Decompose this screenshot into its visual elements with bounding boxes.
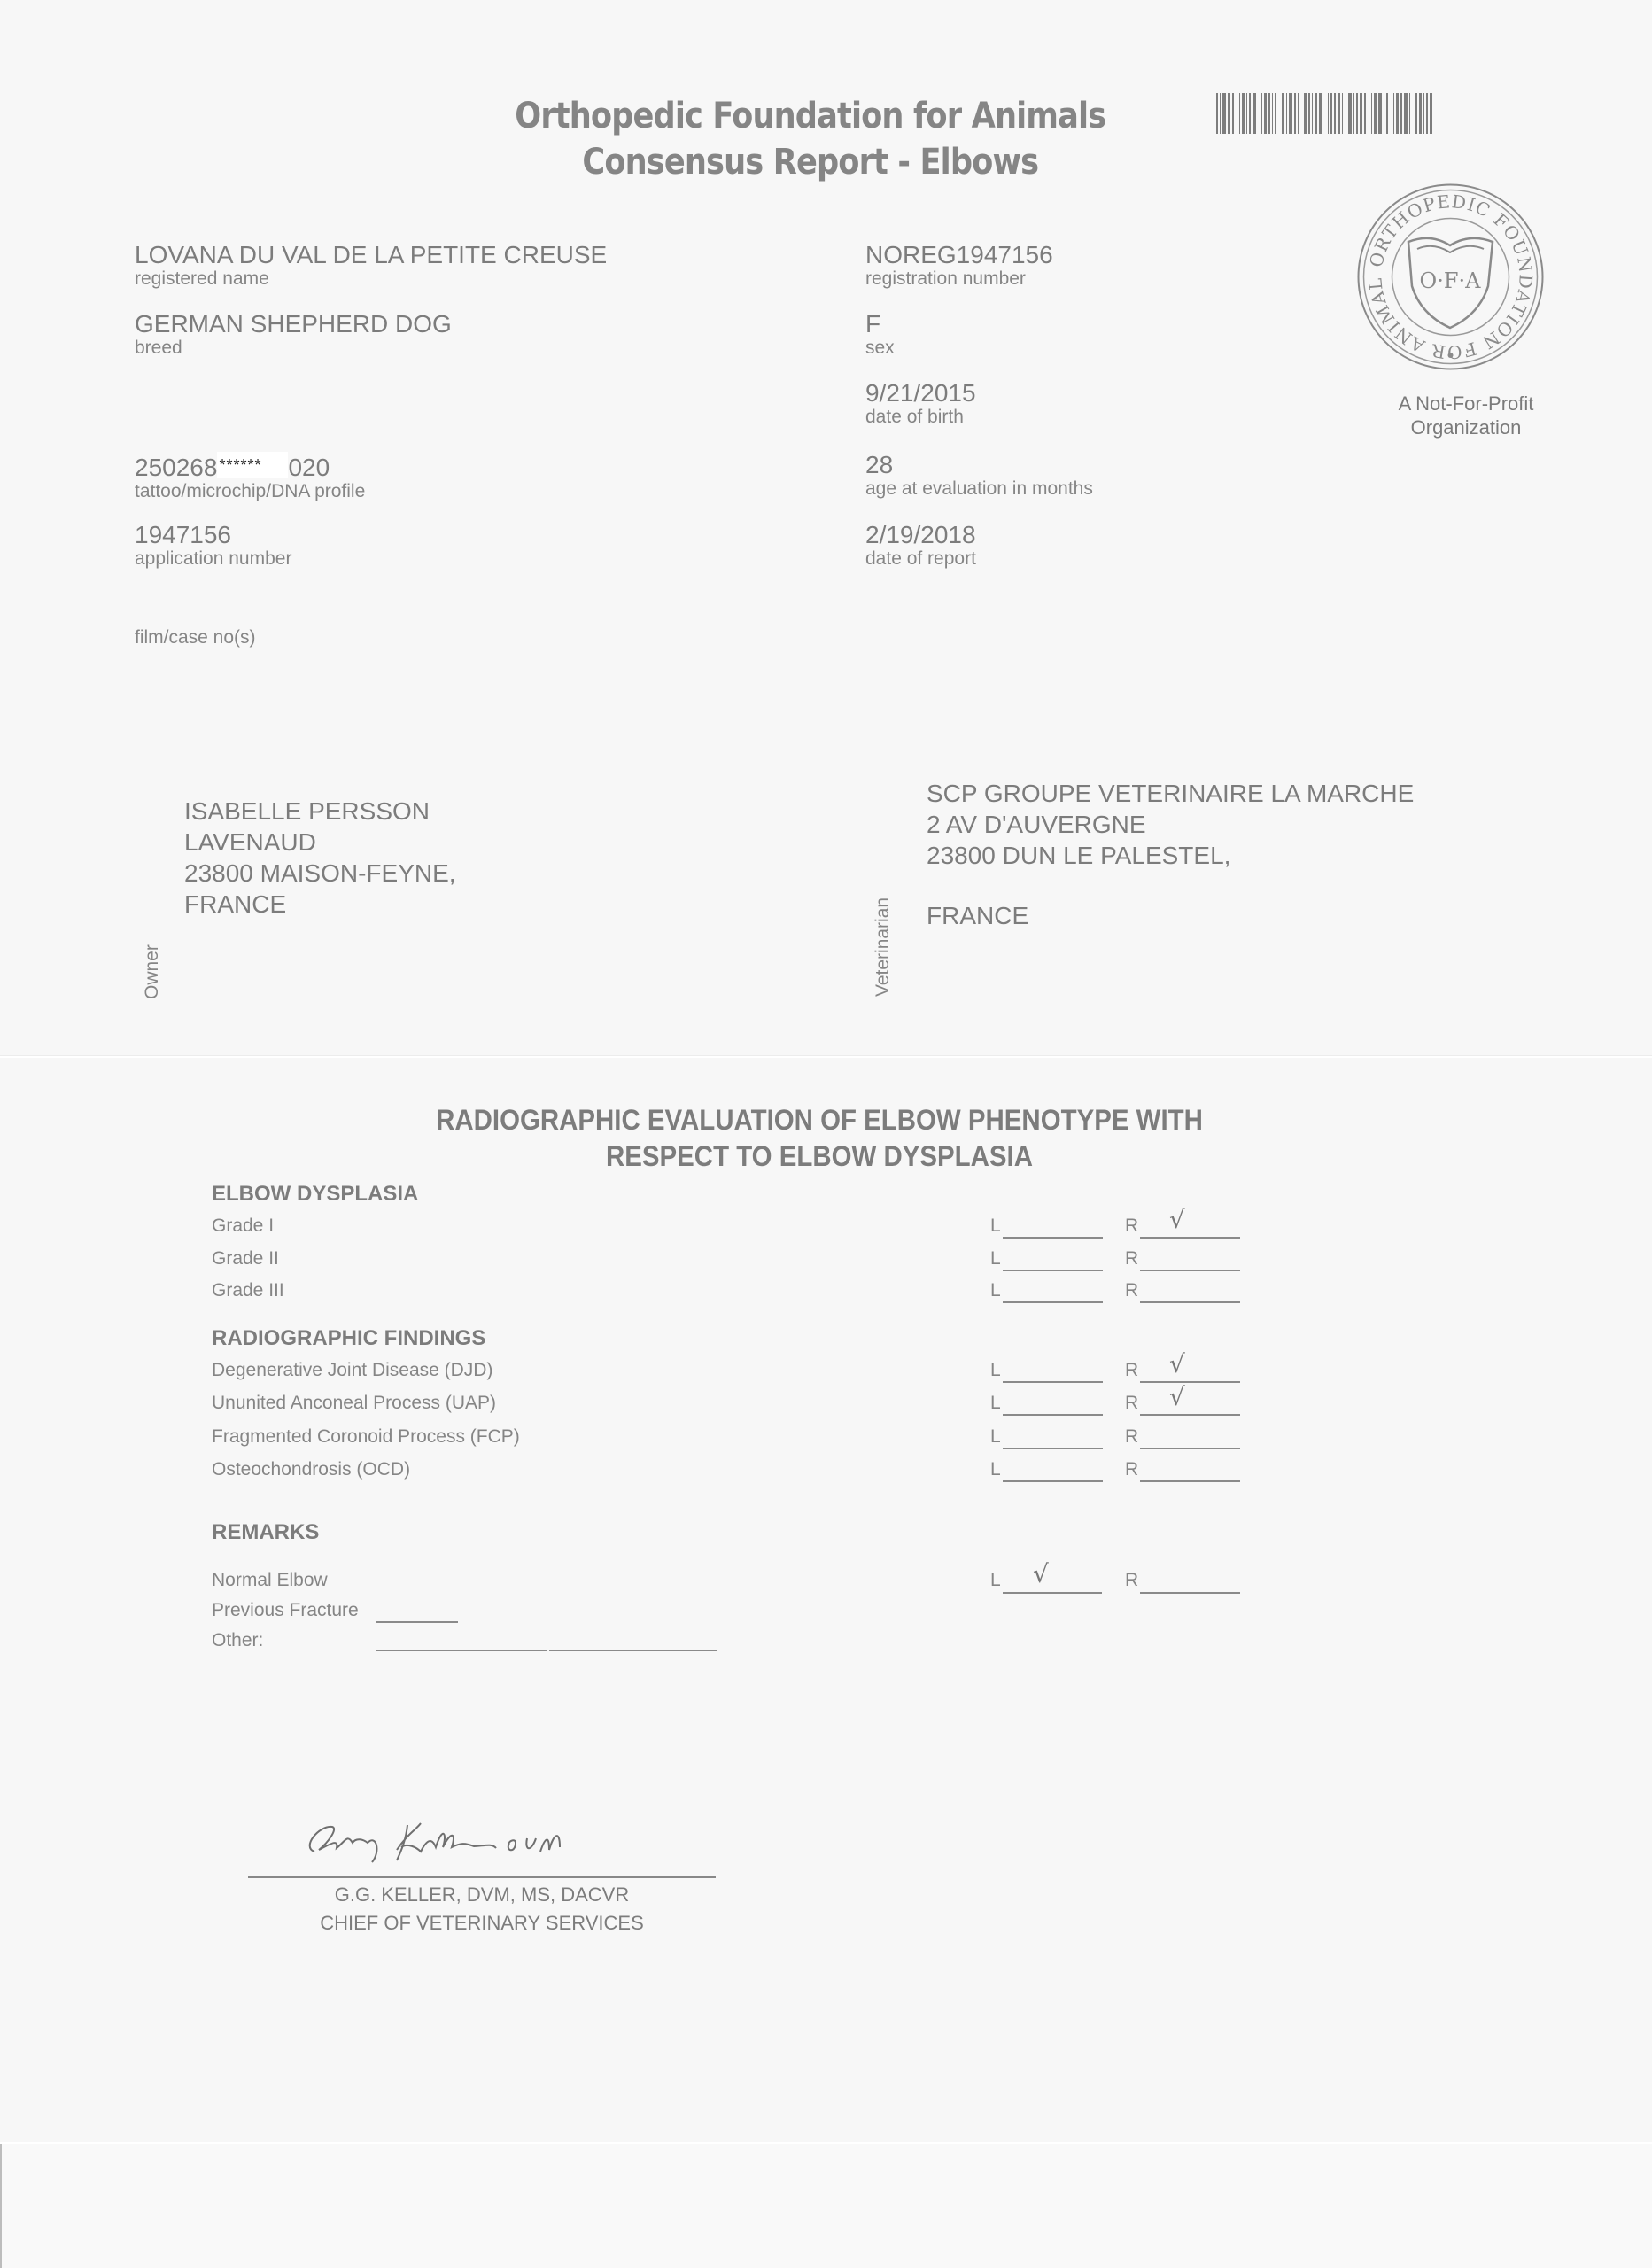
report-subtitle: Consensus Report - Elbows [97, 142, 1524, 183]
owner-line: FRANCE [184, 889, 456, 920]
check-mark-icon: √ [1033, 1559, 1049, 1588]
owner-line: ISABELLE PERSSON [184, 796, 456, 827]
age-value: 28 [865, 452, 1093, 478]
right-side-label: R [1125, 1248, 1138, 1270]
barcode-bar [1423, 93, 1424, 134]
veterinarian-address: SCP GROUPE VETERINAIRE LA MARCHE 2 AV D'… [927, 778, 1414, 931]
breed-value: GERMAN SHEPHERD DOG [135, 311, 452, 338]
barcode-bar [1330, 93, 1332, 134]
microchip-label: tattoo/microchip/DNA profile [135, 481, 365, 502]
sex-value: F [865, 311, 895, 338]
owner-label: Owner [142, 944, 163, 999]
previous-fracture-field[interactable] [376, 1621, 458, 1623]
barcode-bar [1220, 93, 1221, 134]
sex-label: sex [865, 338, 895, 359]
application-number-value: 1947156 [135, 522, 291, 548]
barcode-bar [1360, 93, 1362, 134]
vet-line: 23800 DUN LE PALESTEL, [927, 840, 1414, 871]
other-field-1[interactable] [376, 1650, 547, 1651]
left-check-field[interactable] [1003, 1414, 1103, 1416]
finding-label: Grade III [212, 1280, 284, 1301]
barcode-bar [1338, 93, 1340, 134]
right-side-label: R [1125, 1280, 1138, 1301]
date-of-birth-field: 9/21/2015 date of birth [865, 380, 976, 428]
vet-line: FRANCE [927, 900, 1414, 931]
barcode-bar [1419, 93, 1422, 134]
normal-elbow-left-field[interactable] [1003, 1592, 1102, 1594]
barcode-bar [1232, 93, 1234, 134]
barcode-bar [1242, 93, 1245, 134]
breed-label: breed [135, 338, 452, 359]
finding-label: Grade II [212, 1248, 279, 1270]
application-number-label: application number [135, 548, 291, 570]
registered-name-value: LOVANA DU VAL DE LA PETITE CREUSE [135, 242, 607, 268]
date-of-birth-label: date of birth [865, 407, 976, 428]
barcode-bar [1308, 93, 1310, 134]
registration-number-field: NOREG1947156 registration number [865, 242, 1053, 290]
vet-line: 2 AV D'AUVERGNE [927, 809, 1414, 840]
microchip-value: 250268******020 [135, 452, 365, 481]
barcode-bar [1353, 93, 1354, 134]
org-note-line1: A Not-For-Profit [1355, 392, 1577, 416]
barcode-bar [1272, 93, 1273, 134]
owner-line: LAVENAUD [184, 827, 456, 858]
barcode-bar [1342, 93, 1343, 134]
left-side-label: L [990, 1248, 1001, 1270]
breed-field: GERMAN SHEPHERD DOG breed [135, 311, 452, 359]
registered-name-field: LOVANA DU VAL DE LA PETITE CREUSE regist… [135, 242, 607, 290]
signer-title: CHIEF OF VETERINARY SERVICES [248, 1910, 716, 1937]
previous-fracture-label: Previous Fracture [212, 1600, 359, 1621]
left-check-field[interactable] [1003, 1448, 1103, 1449]
right-check-field[interactable] [1140, 1480, 1240, 1482]
left-side-label: L [990, 1426, 1001, 1448]
barcode-bar [1268, 93, 1270, 134]
right-check-field[interactable] [1140, 1381, 1240, 1383]
org-note: A Not-For-Profit Organization [1355, 392, 1577, 439]
barcode-bar [1364, 93, 1366, 134]
normal-elbow-right-field[interactable] [1140, 1592, 1240, 1594]
right-check-field[interactable] [1140, 1270, 1240, 1271]
other-field-2[interactable] [549, 1650, 717, 1651]
left-check-field[interactable] [1003, 1480, 1103, 1482]
normal-elbow-label: Normal Elbow [212, 1570, 328, 1591]
right-check-field[interactable] [1140, 1301, 1240, 1303]
normal-elbow-left-label: L [990, 1570, 1001, 1591]
barcode-bar [1294, 93, 1296, 134]
barcode-bar [1264, 93, 1267, 134]
page-left-edge [0, 2144, 2, 2268]
finding-label: Ununited Anconeal Process (UAP) [212, 1393, 496, 1414]
microchip-prefix: 250268 [135, 454, 217, 481]
vet-line-blank [927, 871, 1414, 900]
org-note-line2: Organization [1355, 416, 1577, 439]
barcode [1216, 93, 1500, 134]
registration-number-label: registration number [865, 268, 1053, 290]
sex-field: F sex [865, 311, 895, 359]
date-of-report-value: 2/19/2018 [865, 522, 976, 548]
barcode-bar [1396, 93, 1399, 134]
microchip-suffix: 020 [288, 454, 330, 481]
registration-number-value: NOREG1947156 [865, 242, 1053, 268]
left-check-field[interactable] [1003, 1237, 1103, 1239]
barcode-bar [1400, 93, 1402, 134]
registered-name-label: registered name [135, 268, 607, 290]
age-label: age at evaluation in months [865, 478, 1093, 500]
barcode-bar [1239, 93, 1240, 134]
barcode-bar [1356, 93, 1358, 134]
barcode-bar [1275, 93, 1276, 134]
finding-label: Grade I [212, 1216, 274, 1237]
left-side-label: L [990, 1393, 1001, 1414]
barcode-bar [1426, 93, 1428, 134]
barcode-bar [1378, 93, 1382, 134]
signature [283, 1807, 655, 1878]
other-label: Other: [212, 1630, 263, 1651]
barcode-bar [1430, 93, 1432, 134]
right-check-field[interactable] [1140, 1414, 1240, 1416]
barcode-bar [1282, 93, 1284, 134]
barcode-bar [1315, 93, 1317, 134]
owner-address: ISABELLE PERSSON LAVENAUD 23800 MAISON-F… [184, 796, 456, 920]
film-case-label: film/case no(s) [135, 627, 256, 649]
age-field: 28 age at evaluation in months [865, 452, 1093, 500]
barcode-bar [1216, 93, 1218, 134]
signature-line [248, 1876, 716, 1878]
vet-line: SCP GROUPE VETERINAIRE LA MARCHE [927, 778, 1414, 809]
left-check-field[interactable] [1003, 1381, 1103, 1383]
barcode-bar [1289, 93, 1292, 134]
barcode-bar [1374, 93, 1377, 134]
owner-line: 23800 MAISON-FEYNE, [184, 858, 456, 889]
barcode-bar [1409, 93, 1410, 134]
barcode-bar [1298, 93, 1299, 134]
remarks-heading: REMARKS [212, 1520, 319, 1545]
signature-scrawl-icon [283, 1807, 655, 1878]
check-mark-icon: √ [1169, 1349, 1185, 1379]
right-side-label: R [1125, 1360, 1138, 1381]
barcode-bar [1328, 93, 1329, 134]
evaluation-title-line2: RESPECT TO ELBOW DYSPLASIA [66, 1138, 1573, 1174]
right-check-field[interactable] [1140, 1237, 1240, 1239]
right-check-field[interactable] [1140, 1448, 1240, 1449]
date-of-report-field: 2/19/2018 date of report [865, 522, 976, 570]
finding-label: Osteochondrosis (OCD) [212, 1459, 410, 1480]
barcode-bar [1246, 93, 1247, 134]
barcode-bar [1386, 93, 1388, 134]
left-side-label: L [990, 1216, 1001, 1237]
left-check-field[interactable] [1003, 1301, 1103, 1303]
barcode-bar [1222, 93, 1226, 134]
right-side-label: R [1125, 1393, 1138, 1414]
application-number-field: 1947156 application number [135, 522, 291, 570]
finding-label: Degenerative Joint Disease (DJD) [212, 1360, 492, 1381]
seal-shield-text: O·F·A [1420, 268, 1482, 293]
left-side-label: L [990, 1360, 1001, 1381]
right-side-label: R [1125, 1216, 1138, 1237]
evaluation-title-line1: RADIOGRAPHIC EVALUATION OF ELBOW PHENOTY… [66, 1102, 1573, 1138]
page-bottom-edge [0, 2142, 1652, 2268]
barcode-bar [1249, 93, 1251, 134]
ofa-seal-icon: ORTHOPEDIC FOUNDATION FOR ANIMALS O·F·A [1355, 182, 1546, 372]
check-mark-icon: √ [1169, 1205, 1185, 1234]
left-check-field[interactable] [1003, 1270, 1103, 1271]
microchip-field: 250268******020 tattoo/microchip/DNA pro… [135, 452, 365, 502]
signer-name: G.G. KELLER, DVM, MS, DACVR [248, 1882, 716, 1908]
right-side-label: R [1125, 1459, 1138, 1480]
barcode-bar [1348, 93, 1352, 134]
barcode-bar [1228, 93, 1230, 134]
barcode-bar [1319, 93, 1322, 134]
barcode-bar [1393, 93, 1394, 134]
barcode-bar [1304, 93, 1307, 134]
barcode-bar [1371, 93, 1372, 134]
veterinarian-label: Veterinarian [873, 897, 894, 997]
normal-elbow-right-label: R [1125, 1570, 1138, 1591]
barcode-bar [1286, 93, 1287, 134]
left-side-label: L [990, 1280, 1001, 1301]
section-heading: RADIOGRAPHIC FINDINGS [212, 1326, 485, 1351]
barcode-bar [1415, 93, 1417, 134]
finding-label: Fragmented Coronoid Process (FCP) [212, 1426, 520, 1448]
right-side-label: R [1125, 1426, 1138, 1448]
left-side-label: L [990, 1459, 1001, 1480]
check-mark-icon: √ [1169, 1382, 1185, 1411]
barcode-bar [1312, 93, 1313, 134]
date-of-report-label: date of report [865, 548, 976, 570]
date-of-birth-value: 9/21/2015 [865, 380, 976, 407]
film-case-field: film/case no(s) [135, 627, 256, 649]
barcode-bar [1384, 93, 1384, 134]
barcode-bar [1404, 93, 1408, 134]
barcode-bar [1334, 93, 1336, 134]
microchip-redacted: ****** [217, 452, 288, 478]
barcode-bar [1261, 93, 1262, 134]
section-heading: ELBOW DYSPLASIA [212, 1182, 418, 1207]
fold-crease [0, 1056, 1652, 1058]
barcode-bar [1253, 93, 1256, 134]
